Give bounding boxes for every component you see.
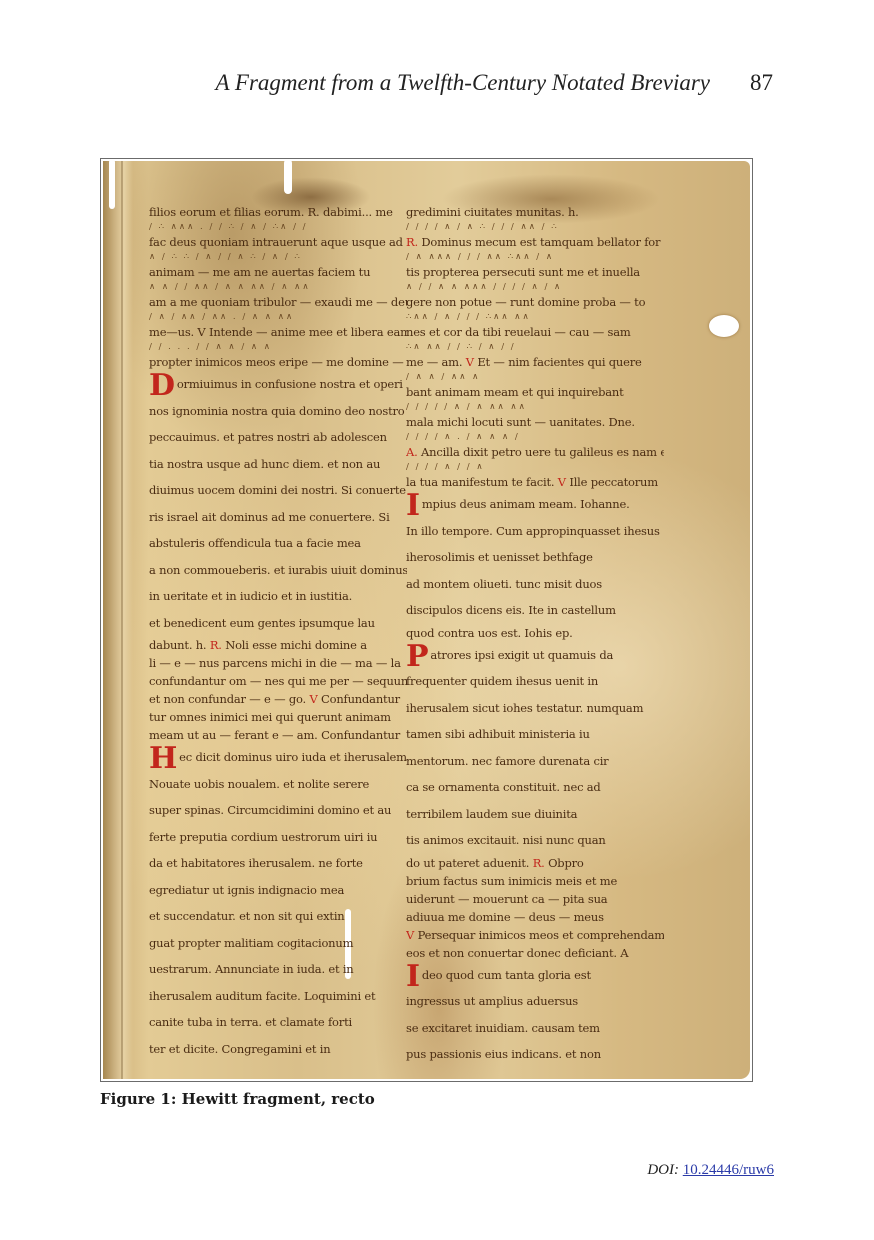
neume-line: / / / / / ∧ / ∧ ∧∧ ∧∧ [406, 401, 664, 413]
red-initial: I [406, 491, 420, 518]
manuscript-line: bant animam meam et qui inquirebant [406, 383, 664, 401]
manuscript-text: tur omnes inimici mei qui querunt animam [149, 710, 391, 724]
manuscript-text: ∧ / / ∧ ∧ ∧∧∧ / / / / ∧ / ∧ [406, 282, 562, 292]
manuscript-line: Patrores ipsi exigit ut quamuis da [406, 642, 664, 669]
manuscript-line: da et habitatores iherusalem. ne forte [149, 850, 407, 877]
red-initial: P [406, 642, 428, 669]
binding-edge [103, 161, 133, 1079]
manuscript-text: animam — me am ne auertas faciem tu [149, 265, 370, 279]
manuscript-line: me—us. V Intende — anime mee et libera e… [149, 323, 407, 341]
manuscript-text: propter inimicos meos eripe — me domine … [149, 355, 407, 369]
manuscript-text: discipulos dicens eis. Ite in castellum [406, 603, 616, 617]
manuscript-line: guat propter malitiam cogitacionum [149, 930, 407, 957]
manuscript-text: terribilem laudem sue diuinita [406, 807, 577, 821]
manuscript-text: meam ut au — ferant e — am. Confundantur [149, 728, 400, 742]
manuscript-text: deo quod cum tanta gloria est [422, 968, 591, 982]
manuscript-text: / / / / ∧ / / ∧ [406, 462, 485, 472]
manuscript-line: fac deus quoniam intrauerunt aque usque … [149, 233, 407, 251]
manuscript-text: canite tuba in terra. et clamate forti [149, 1015, 352, 1029]
manuscript-line: nos ignominia nostra quia domino deo nos… [149, 398, 407, 425]
manuscript-text: dabunt. h. R. Noli esse michi domine a [149, 638, 367, 652]
manuscript-line: adiuua me domine — deus — meus [406, 908, 664, 926]
manuscript-column-left: filios eorum et filias eorum. R. dabimi.… [149, 203, 407, 1062]
manuscript-text: abstuleris offendicula tua a facie mea [149, 536, 361, 550]
manuscript-line: ingressus ut amplius aduersus [406, 988, 664, 1015]
manuscript-text: iherusalem sicut iohes testatur. numquam [406, 701, 643, 715]
manuscript-line: tamen sibi adhibuit ministeria iu [406, 721, 664, 748]
manuscript-text: se excitaret inuidiam. causam tem [406, 1021, 600, 1035]
manuscript-line: gredimini ciuitates munitas. h. [406, 203, 664, 221]
manuscript-text: tia nostra usque ad hunc diem. et non au [149, 457, 380, 471]
manuscript-text: atrores ipsi exigit ut quamuis da [430, 648, 613, 662]
parchment-tear [284, 159, 292, 194]
manuscript-text: uiderunt — mouerunt ca — pita sua [406, 892, 607, 906]
neume-line: ∧ / ∴ ∴ / ∧ / / ∧ ∴ / ∧ / ∴ [149, 251, 407, 263]
manuscript-text: ∴∧ ∧∧ / / ∴ / ∧ / / [406, 342, 516, 352]
manuscript-line: am a me quoniam tribulor — exaudi me — d… [149, 293, 407, 311]
manuscript-line: do ut pateret aduenit. R. Obpro [406, 854, 664, 872]
manuscript-text: me—us. V Intende — anime mee et libera e… [149, 325, 407, 339]
manuscript-text: guat propter malitiam cogitacionum [149, 936, 353, 950]
manuscript-line: animam — me am ne auertas faciem tu [149, 263, 407, 281]
manuscript-line: li — e — nus parcens michi in die — ma —… [149, 654, 407, 672]
neume-line: / ∧ / ∧∧ / ∧∧ . / ∧ ∧ ∧∧ [149, 311, 407, 323]
manuscript-line: quod contra uos est. Iohis ep. [406, 624, 664, 642]
manuscript-text: am a me quoniam tribulor — exaudi me — d… [149, 295, 407, 309]
manuscript-line: filios eorum et filias eorum. R. dabimi.… [149, 203, 407, 221]
manuscript-line: terribilem laudem sue diuinita [406, 801, 664, 828]
manuscript-text: do ut pateret aduenit. R. Obpro [406, 856, 584, 870]
manuscript-line: uiderunt — mouerunt ca — pita sua [406, 890, 664, 908]
manuscript-text: tamen sibi adhibuit ministeria iu [406, 727, 590, 741]
neume-line: / ∧ ∧∧∧ / / / ∧∧ ∴∧∧ / ∧ [406, 251, 664, 263]
manuscript-text: ingressus ut amplius aduersus [406, 994, 578, 1008]
neume-line: / / . . . / / ∧ ∧ / ∧ ∧ [149, 341, 407, 353]
manuscript-text: ad montem oliueti. tunc misit duos [406, 577, 602, 591]
manuscript-text: / / . . . / / ∧ ∧ / ∧ ∧ [149, 342, 272, 352]
manuscript-line: Dormiuimus in confusione nostra et operi [149, 371, 407, 398]
manuscript-text: confundantur om — nes qui me per — sequu… [149, 674, 407, 688]
manuscript-line: se excitaret inuidiam. causam tem [406, 1015, 664, 1042]
manuscript-text: iherusalem auditum facite. Loquimini et [149, 989, 375, 1003]
parchment-tear [109, 159, 115, 209]
manuscript-text: adiuua me domine — deus — meus [406, 910, 604, 924]
manuscript-text: et non confundar — e — go. V Confundantu… [149, 692, 400, 706]
manuscript-text: ∴∧∧ / ∧ / / / ∴∧∧ ∧∧ [406, 312, 531, 322]
doi-label: DOI: [647, 1162, 679, 1178]
manuscript-line: dabunt. h. R. Noli esse michi domine a [149, 636, 407, 654]
figure-caption: Figure 1: Hewitt fragment, recto [100, 1090, 375, 1108]
manuscript-text: tis propterea persecuti sunt me et inuel… [406, 265, 640, 279]
manuscript-line: super spinas. Circumcidimini domino et a… [149, 797, 407, 824]
manuscript-line: a non commoueberis. et iurabis uiuit dom… [149, 557, 407, 584]
manuscript-text: ferte preputia cordium uestrorum uiri iu [149, 830, 377, 844]
manuscript-line: R. Dominus mecum est tamquam bellator fo… [406, 233, 664, 251]
manuscript-line: et benedicent eum gentes ipsumque lau [149, 610, 407, 637]
manuscript-line: nes et cor da tibi reuelaui — cau — sam [406, 323, 664, 341]
manuscript-text: ormiuimus in confusione nostra et operi [177, 377, 403, 391]
manuscript-line: ter et dicite. Congregamini et in [149, 1036, 407, 1063]
manuscript-line: Nouate uobis noualem. et nolite serere [149, 771, 407, 798]
manuscript-line: frequenter quidem ihesus uenit in [406, 668, 664, 695]
manuscript-line: diuimus uocem domini dei nostri. Si conu… [149, 477, 407, 504]
running-head: A Fragment from a Twelfth-Century Notate… [0, 70, 874, 104]
manuscript-text: nes et cor da tibi reuelaui — cau — sam [406, 325, 631, 339]
manuscript-line: iherusalem auditum facite. Loquimini et [149, 983, 407, 1010]
manuscript-line: iherosolimis et uenisset bethfage [406, 544, 664, 571]
manuscript-line: mentorum. nec famore durenata cir [406, 748, 664, 775]
manuscript-line: Ideo quod cum tanta gloria est [406, 962, 664, 989]
manuscript-text: mala michi locuti sunt — uanitates. Dne. [406, 415, 635, 429]
manuscript-text: ca se ornamenta constituit. nec ad [406, 780, 601, 794]
manuscript-line: et non confundar — e — go. V Confundantu… [149, 690, 407, 708]
neume-line: / / / / ∧ / ∧ ∴ / / / ∧∧ / ∴ [406, 221, 664, 233]
manuscript-line: gere non potue — runt domine proba — to [406, 293, 664, 311]
manuscript-text: / ∧ / ∧∧ / ∧∧ . / ∧ ∧ ∧∧ [149, 312, 294, 322]
manuscript-line: Hec dicit dominus uiro iuda et iherusale… [149, 744, 407, 771]
manuscript-text: ∧ ∧ / / ∧∧ / ∧ ∧ ∧∧ / ∧ ∧∧ [149, 282, 311, 292]
manuscript-text: la tua manifestum te facit. V Ille pecca… [406, 475, 658, 489]
neume-line: ∧ / / ∧ ∧ ∧∧∧ / / / / ∧ / ∧ [406, 281, 664, 293]
manuscript-line: peccauimus. et patres nostri ab adolesce… [149, 424, 407, 451]
doi-link[interactable]: 10.24446/ruw6 [683, 1162, 774, 1178]
manuscript-line: tis propterea persecuti sunt me et inuel… [406, 263, 664, 281]
manuscript-line: ferte preputia cordium uestrorum uiri iu [149, 824, 407, 851]
manuscript-text: / ∧ ∧∧∧ / / / ∧∧ ∴∧∧ / ∧ [406, 252, 554, 262]
manuscript-line: la tua manifestum te facit. V Ille pecca… [406, 473, 664, 491]
manuscript-line: iherusalem sicut iohes testatur. numquam [406, 695, 664, 722]
manuscript-text: diuimus uocem domini dei nostri. Si conu… [149, 483, 406, 497]
manuscript-text: / / / / / ∧ / ∧ ∧∧ ∧∧ [406, 402, 527, 412]
manuscript-line: ad montem oliueti. tunc misit duos [406, 571, 664, 598]
manuscript-line: canite tuba in terra. et clamate forti [149, 1009, 407, 1036]
doi-line: DOI: 10.24446/ruw6 [647, 1162, 774, 1179]
manuscript-text: peccauimus. et patres nostri ab adolesce… [149, 430, 387, 444]
manuscript-line: mala michi locuti sunt — uanitates. Dne. [406, 413, 664, 431]
manuscript-text: V Persequar inimicos meos et comprehenda… [406, 928, 664, 942]
manuscript-text: ∧ / ∴ ∴ / ∧ / / ∧ ∴ / ∧ / ∴ [149, 252, 302, 262]
neume-line: ∴∧∧ / ∧ / / / ∴∧∧ ∧∧ [406, 311, 664, 323]
manuscript-line: propter inimicos meos eripe — me domine … [149, 353, 407, 371]
manuscript-text: ec dicit dominus uiro iuda et iherusalem… [179, 750, 407, 764]
manuscript-line: abstuleris offendicula tua a facie mea [149, 530, 407, 557]
neume-line: / / / / ∧ / / ∧ [406, 461, 664, 473]
manuscript-text: a non commoueberis. et iurabis uiuit dom… [149, 563, 407, 577]
manuscript-text: egrediatur ut ignis indignacio mea [149, 883, 344, 897]
manuscript-line: egrediatur ut ignis indignacio mea [149, 877, 407, 904]
manuscript-text: / / / / ∧ . / ∧ ∧ ∧ / [406, 432, 520, 442]
running-title: A Fragment from a Twelfth-Century Notate… [216, 70, 710, 96]
manuscript-line: eos et non conuertar donec deficiant. A [406, 944, 664, 962]
neume-line: ∧ ∧ / / ∧∧ / ∧ ∧ ∧∧ / ∧ ∧∧ [149, 281, 407, 293]
manuscript-line: tia nostra usque ad hunc diem. et non au [149, 451, 407, 478]
manuscript-text: fac deus quoniam intrauerunt aque usque … [149, 235, 403, 249]
manuscript-text: bant animam meam et qui inquirebant [406, 385, 624, 399]
red-initial: I [406, 962, 420, 989]
manuscript-text: tis animos excitauit. nisi nunc quan [406, 833, 606, 847]
manuscript-column-right: gredimini ciuitates munitas. h./ / / / ∧… [406, 203, 664, 1068]
manuscript-text: A. Ancilla dixit petro uere tu galileus … [406, 445, 664, 459]
manuscript-line: uestrarum. Annunciate in iuda. et in [149, 956, 407, 983]
manuscript-text: filios eorum et filias eorum. R. dabimi.… [149, 205, 393, 219]
manuscript-text: super spinas. Circumcidimini domino et a… [149, 803, 391, 817]
manuscript-text: me — am. V Et — nim facientes qui quere [406, 355, 642, 369]
manuscript-line: In illo tempore. Cum appropinquasset ihe… [406, 518, 664, 545]
page-number: 87 [750, 70, 773, 96]
manuscript-line: brium factus sum inimicis meis et me [406, 872, 664, 890]
manuscript-text: R. Dominus mecum est tamquam bellator fo… [406, 235, 660, 249]
manuscript-line: Impius deus animam meam. Iohanne. [406, 491, 664, 518]
manuscript-line: ris israel ait dominus ad me conuertere.… [149, 504, 407, 531]
manuscript-text: ter et dicite. Congregamini et in [149, 1042, 330, 1056]
manuscript-line: tis animos excitauit. nisi nunc quan [406, 827, 664, 854]
manuscript-figure: filios eorum et filias eorum. R. dabimi.… [100, 158, 753, 1082]
red-initial: D [149, 371, 175, 398]
manuscript-text: gredimini ciuitates munitas. h. [406, 205, 579, 219]
parchment-hole [709, 315, 739, 337]
manuscript-text: in ueritate et in iudicio et in iustitia… [149, 589, 352, 603]
manuscript-text: mentorum. nec famore durenata cir [406, 754, 608, 768]
manuscript-text: pus passionis eius indicans. et non [406, 1047, 601, 1061]
manuscript-text: nos ignominia nostra quia domino deo nos… [149, 404, 405, 418]
neume-line: ∴∧ ∧∧ / / ∴ / ∧ / / [406, 341, 664, 353]
neume-line: / ∴ ∧∧∧ . / / ∴ / ∧ / ∴∧ / / [149, 221, 407, 233]
manuscript-line: discipulos dicens eis. Ite in castellum [406, 597, 664, 624]
manuscript-text: / ∴ ∧∧∧ . / / ∴ / ∧ / ∴∧ / / [149, 222, 308, 232]
manuscript-line: ca se ornamenta constituit. nec ad [406, 774, 664, 801]
manuscript-line: pus passionis eius indicans. et non [406, 1041, 664, 1068]
manuscript-text: mpius deus animam meam. Iohanne. [422, 497, 630, 511]
neume-line: / ∧ ∧ / ∧∧ ∧ [406, 371, 664, 383]
manuscript-text: / / / / ∧ / ∧ ∴ / / / ∧∧ / ∴ [406, 222, 559, 232]
manuscript-text: ris israel ait dominus ad me conuertere.… [149, 510, 390, 524]
red-initial: H [149, 744, 177, 771]
manuscript-text: et benedicent eum gentes ipsumque lau [149, 616, 375, 630]
manuscript-text: li — e — nus parcens michi in die — ma —… [149, 656, 401, 670]
manuscript-line: tur omnes inimici mei qui querunt animam [149, 708, 407, 726]
manuscript-text: / ∧ ∧ / ∧∧ ∧ [406, 372, 480, 382]
manuscript-text: In illo tempore. Cum appropinquasset ihe… [406, 524, 660, 538]
binding-fold-line [121, 161, 123, 1079]
manuscript-text: et succendatur. et non sit qui extin [149, 909, 345, 923]
neume-line: / / / / ∧ . / ∧ ∧ ∧ / [406, 431, 664, 443]
manuscript-line: in ueritate et in iudicio et in iustitia… [149, 583, 407, 610]
manuscript-line: A. Ancilla dixit petro uere tu galileus … [406, 443, 664, 461]
manuscript-text: da et habitatores iherusalem. ne forte [149, 856, 363, 870]
manuscript-text: frequenter quidem ihesus uenit in [406, 674, 598, 688]
manuscript-text: gere non potue — runt domine proba — to [406, 295, 645, 309]
manuscript-line: et succendatur. et non sit qui extin [149, 903, 407, 930]
manuscript-text: uestrarum. Annunciate in iuda. et in [149, 962, 354, 976]
manuscript-text: eos et non conuertar donec deficiant. A [406, 946, 628, 960]
manuscript-line: me — am. V Et — nim facientes qui quere [406, 353, 664, 371]
manuscript-text: Nouate uobis noualem. et nolite serere [149, 777, 369, 791]
manuscript-line: V Persequar inimicos meos et comprehenda… [406, 926, 664, 944]
manuscript-line: confundantur om — nes qui me per — sequu… [149, 672, 407, 690]
manuscript-text: iherosolimis et uenisset bethfage [406, 550, 593, 564]
manuscript-line: meam ut au — ferant e — am. Confundantur [149, 726, 407, 744]
manuscript-text: brium factus sum inimicis meis et me [406, 874, 617, 888]
manuscript-text: quod contra uos est. Iohis ep. [406, 626, 573, 640]
